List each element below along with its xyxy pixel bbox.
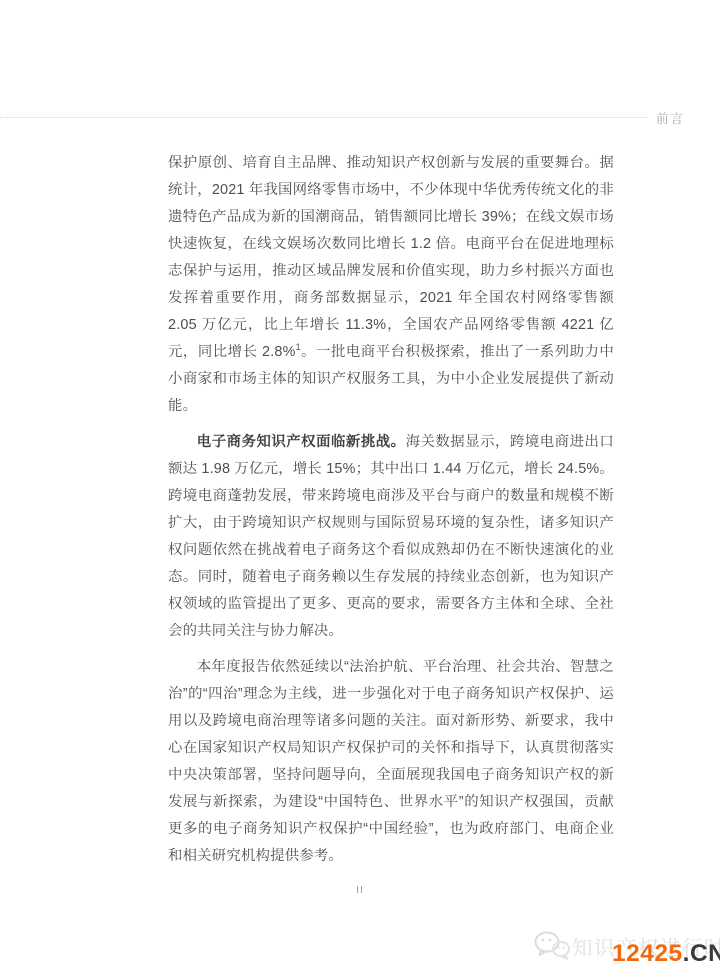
paragraph-new-challenges: 电子商务知识产权面临新挑战。海关数据显示，跨境电商进出口额达 1.98 万亿元，…: [168, 429, 614, 645]
wechat-icon: [534, 930, 570, 962]
paragraph-annual-report: 本年度报告依然延续以“法治护航、平台治理、社会共治、智慧之治”的“四治”理念为主…: [168, 654, 614, 870]
page-content: 保护原创、培育自主品牌、推动知识产权创新与发展的重要舞台。据统计，2021 年我…: [168, 150, 614, 879]
paragraph-retail-market: 保护原创、培育自主品牌、推动知识产权创新与发展的重要舞台。据统计，2021 年我…: [168, 150, 614, 420]
header-section-title: 前言: [656, 109, 685, 127]
paragraph-text: 海关数据显示，跨境电商进出口额达 1.98 万亿元，增长 15%；其中出口 1.…: [168, 434, 614, 639]
paragraph-text: 保护原创、培育自主品牌、推动知识产权创新与发展的重要舞台。据统计，2021 年我…: [168, 155, 614, 360]
header-dotted-rule: [0, 117, 648, 118]
brand-url-suffix: .CN: [683, 940, 720, 967]
document-page: 前言 保护原创、培育自主品牌、推动知识产权创新与发展的重要舞台。据统计，2021…: [0, 0, 720, 977]
brand-url-number: 12425: [612, 940, 683, 967]
paragraph-lead-bold: 电子商务知识产权面临新挑战。: [197, 434, 406, 450]
brand-watermark: 知识产权进行时 12425.CN: [528, 922, 720, 977]
brand-url: 12425.CN: [612, 940, 720, 968]
page-number: II: [0, 884, 720, 896]
